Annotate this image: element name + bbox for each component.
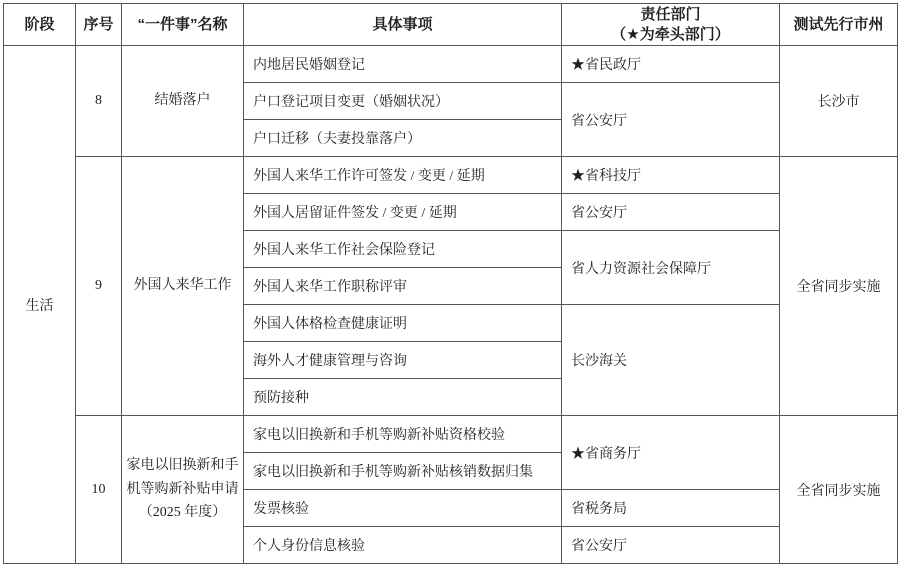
dept-cell: ★省商务厅	[562, 416, 780, 490]
service-items-table: 阶段 序号 “一件事”名称 具体事项 责任部门 （★为牵头部门） 测试先行市州 …	[3, 3, 898, 564]
item-cell: 发票核验	[244, 490, 562, 527]
dept-cell: ★省民政厅	[562, 46, 780, 83]
item-cell: 外国人来华工作职称评审	[244, 268, 562, 305]
stage-cell: 生活	[4, 46, 76, 564]
city-cell: 长沙市	[780, 46, 898, 157]
group-name-cell: 家电以旧换新和手机等购新补贴申请（2025 年度）	[122, 416, 244, 564]
item-cell: 个人身份信息核验	[244, 527, 562, 564]
col-header-name: “一件事”名称	[122, 4, 244, 46]
item-cell: 预防接种	[244, 379, 562, 416]
item-cell: 家电以旧换新和手机等购新补贴资格校验	[244, 416, 562, 453]
group-name-cell: 外国人来华工作	[122, 157, 244, 416]
dept-cell: 省公安厅	[562, 83, 780, 157]
dept-cell: 省税务局	[562, 490, 780, 527]
item-cell: 外国人来华工作社会保险登记	[244, 231, 562, 268]
item-cell: 外国人来华工作许可签发 / 变更 / 延期	[244, 157, 562, 194]
item-cell: 内地居民婚姻登记	[244, 46, 562, 83]
col-header-city: 测试先行市州	[780, 4, 898, 46]
col-header-dept: 责任部门 （★为牵头部门）	[562, 4, 780, 46]
dept-cell: 省公安厅	[562, 527, 780, 564]
dept-cell: 省人力资源社会保障厅	[562, 231, 780, 305]
item-cell: 家电以旧换新和手机等购新补贴核销数据归集	[244, 453, 562, 490]
col-header-no: 序号	[76, 4, 122, 46]
city-cell: 全省同步实施	[780, 416, 898, 564]
dept-cell: 长沙海关	[562, 305, 780, 416]
col-header-item: 具体事项	[244, 4, 562, 46]
dept-cell: 省公安厅	[562, 194, 780, 231]
item-cell: 海外人才健康管理与咨询	[244, 342, 562, 379]
item-cell: 户口迁移（夫妻投靠落户）	[244, 120, 562, 157]
item-cell: 外国人居留证件签发 / 变更 / 延期	[244, 194, 562, 231]
dept-header-line2: （★为牵头部门）	[564, 25, 777, 45]
table-row: 10 家电以旧换新和手机等购新补贴申请（2025 年度） 家电以旧换新和手机等购…	[4, 416, 898, 453]
city-cell: 全省同步实施	[780, 157, 898, 416]
col-header-stage: 阶段	[4, 4, 76, 46]
header-row: 阶段 序号 “一件事”名称 具体事项 责任部门 （★为牵头部门） 测试先行市州	[4, 4, 898, 46]
group-no-cell: 10	[76, 416, 122, 564]
item-cell: 外国人体格检查健康证明	[244, 305, 562, 342]
dept-cell: ★省科技厅	[562, 157, 780, 194]
group-no-cell: 9	[76, 157, 122, 416]
table-row: 生活 8 结婚落户 内地居民婚姻登记 ★省民政厅 长沙市	[4, 46, 898, 83]
item-cell: 户口登记项目变更（婚姻状况）	[244, 83, 562, 120]
group-name-cell: 结婚落户	[122, 46, 244, 157]
table-row: 9 外国人来华工作 外国人来华工作许可签发 / 变更 / 延期 ★省科技厅 全省…	[4, 157, 898, 194]
dept-header-line1: 责任部门	[564, 5, 777, 25]
group-no-cell: 8	[76, 46, 122, 157]
